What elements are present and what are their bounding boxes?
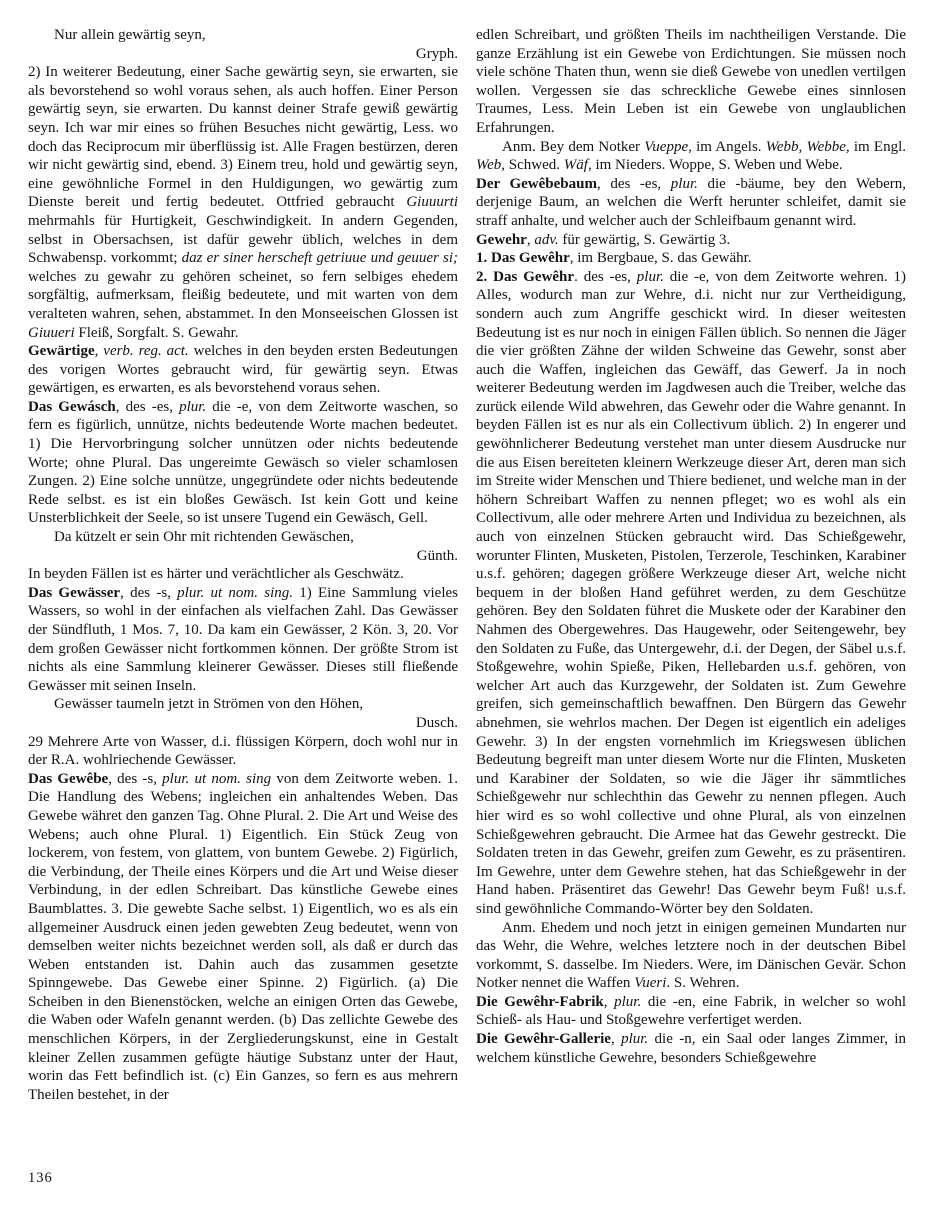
text-segment: ,	[95, 343, 104, 359]
verse-line: Gewässer taumeln jetzt in Strömen von de…	[28, 695, 458, 714]
text-segment-bold: 2. Das Gewêhr	[476, 269, 574, 285]
entry-gewaertige: Gewärtige, verb. reg. act. welches in de…	[28, 342, 458, 398]
text-segment-italic: Webb, Webbe,	[766, 139, 850, 155]
entry-gewehr-fabrik: Die Gewêhr-Fabrik, plur. die -en, eine F…	[476, 993, 906, 1030]
page-number: 136	[28, 1169, 53, 1188]
text-segment-italic: verb. reg. act.	[103, 343, 188, 359]
entry-gewebe: Das Gewêbe, des -s, plur. ut nom. sing v…	[28, 770, 458, 1105]
text-segment-bold: 1. Das Gewêhr	[476, 250, 570, 266]
text-segment: Anm. Bey dem Notker	[502, 139, 644, 155]
text-segment: ,	[604, 994, 614, 1010]
text-segment: ,	[611, 1031, 621, 1047]
entry-gewehr-1: 1. Das Gewêhr, im Bergbaue, S. das Gewäh…	[476, 249, 906, 268]
text-segment-bold: Das Gewässer	[28, 585, 120, 601]
text-segment: . des -es,	[574, 269, 637, 285]
entry-gewebebaum: Der Gewêbebaum, des -es, plur. die -bäum…	[476, 175, 906, 231]
entry-gewehr-gallerie: Die Gewêhr-Gallerie, plur. die -n, ein S…	[476, 1030, 906, 1067]
paragraph-gewebe-continuation: edlen Schreibart, und größten Theils im …	[476, 26, 906, 138]
text-segment: , des -s,	[108, 771, 162, 787]
text-segment-italic: plur.	[671, 176, 698, 192]
text-segment: 2) In weiterer Bedeutung, einer Sache ge…	[28, 64, 458, 210]
left-column: Nur allein gewärtig seyn,Gryph.2) In wei…	[28, 26, 458, 1104]
verse-attribution: Dusch.	[28, 714, 458, 733]
text-segment: , im Bergbaue, S. das Gewähr.	[570, 250, 752, 266]
text-segment: von dem Zeitworte weben. 1. Die Handlung…	[28, 771, 458, 1103]
verse-line: Da kützelt er sein Ohr mit richtenden Ge…	[28, 528, 458, 547]
text-segment-bold: Das Gewêbe	[28, 771, 108, 787]
text-segment-bold: Die Gewêhr-Fabrik	[476, 994, 604, 1010]
text-segment: , des -es,	[116, 399, 179, 415]
text-segment-italic: Giuuurti	[406, 194, 458, 210]
text-segment: In beyden Fällen ist es härter und veräc…	[28, 566, 404, 582]
text-segment-italic: plur.	[621, 1031, 648, 1047]
text-segment-bold: Gewehr	[476, 232, 527, 248]
anmerkung-paragraph: Anm. Ehedem und noch jetzt in einigen ge…	[476, 919, 906, 993]
text-segment: 1) Eine Sammlung vieles Wassers, so wohl…	[28, 585, 458, 694]
text-segment: Gewässer taumeln jetzt in Strömen von de…	[54, 696, 363, 712]
text-segment: , des -s,	[120, 585, 177, 601]
text-segment: , des -es,	[597, 176, 671, 192]
text-segment: im Nieders. Woppe, S. Weben und Webe.	[592, 157, 843, 173]
text-segment: Nur allein gewärtig seyn,	[54, 27, 206, 43]
text-segment: welches zu gewahr zu gehören scheinet, s…	[28, 269, 458, 322]
text-segment-italic: plur. ut nom. sing.	[177, 585, 293, 601]
text-segment: , im Angels.	[688, 139, 766, 155]
text-segment-italic: plur.	[179, 399, 206, 415]
text-segment-bold: Das Gewásch	[28, 399, 116, 415]
text-segment-italic: plur.	[637, 269, 664, 285]
text-segment-italic: Giuueri	[28, 325, 75, 341]
text-segment-italic: adv.	[534, 232, 558, 248]
verse-line: Nur allein gewärtig seyn,	[28, 26, 458, 45]
text-segment: Günth.	[417, 548, 458, 564]
text-segment: edlen Schreibart, und größten Theils im …	[476, 27, 906, 136]
entry-gewaesser: Das Gewässer, des -s, plur. ut nom. sing…	[28, 584, 458, 696]
text-segment-bold: Gewärtige	[28, 343, 95, 359]
text-segment-italic: plur.	[614, 994, 641, 1010]
text-segment: für gewärtig, S. Gewärtig 3.	[559, 232, 731, 248]
right-column: edlen Schreibart, und größten Theils im …	[476, 26, 906, 1104]
text-segment: die -e, von dem Zeitworte wehren. 1) All…	[476, 269, 906, 917]
text-segment-italic: daz er siner herscheft getriuue und geuu…	[182, 250, 458, 266]
text-segment: Gryph.	[416, 46, 458, 62]
text-segment-italic: Vueppe	[644, 139, 688, 155]
text-segment-italic: Wäf,	[564, 157, 592, 173]
text-segment-italic: Vueri	[634, 975, 666, 991]
verse-attribution: Gryph.	[28, 45, 458, 64]
paragraph-gewaertig-senses: 2) In weiterer Bedeutung, einer Sache ge…	[28, 63, 458, 342]
text-segment: im Engl.	[850, 139, 906, 155]
text-segment-italic: Web,	[476, 157, 505, 173]
paragraph: In beyden Fällen ist es härter und veräc…	[28, 565, 458, 584]
entry-gewehr-2: 2. Das Gewêhr. des -es, plur. die -e, vo…	[476, 268, 906, 919]
text-segment-italic: plur. ut nom. sing	[162, 771, 271, 787]
entry-gewaesch: Das Gewásch, des -es, plur. die -e, von …	[28, 398, 458, 528]
text-segment-bold: Die Gewêhr-Gallerie	[476, 1031, 611, 1047]
two-column-text-area: Nur allein gewärtig seyn,Gryph.2) In wei…	[0, 0, 935, 1104]
anmerkung-paragraph: Anm. Bey dem Notker Vueppe, im Angels. W…	[476, 138, 906, 175]
text-segment: die -e, von dem Zeitworte waschen, so fe…	[28, 399, 458, 527]
entry-gewehr-adv: Gewehr, adv. für gewärtig, S. Gewärtig 3…	[476, 231, 906, 250]
paragraph: 29 Mehrere Arte von Wasser, d.i. flüssig…	[28, 733, 458, 770]
text-segment: Dusch.	[416, 715, 458, 731]
text-segment-bold: Der Gewêbebaum	[476, 176, 597, 192]
text-segment: Da kützelt er sein Ohr mit richtenden Ge…	[54, 529, 354, 545]
text-segment: . S. Wehren.	[666, 975, 739, 991]
text-segment: Schwed.	[505, 157, 564, 173]
dictionary-page: Nur allein gewärtig seyn,Gryph.2) In wei…	[0, 0, 935, 1210]
verse-attribution: Günth.	[28, 547, 458, 566]
text-segment: 29 Mehrere Arte von Wasser, d.i. flüssig…	[28, 734, 458, 769]
text-segment: Fleiß, Sorgfalt. S. Gewahr.	[75, 325, 239, 341]
